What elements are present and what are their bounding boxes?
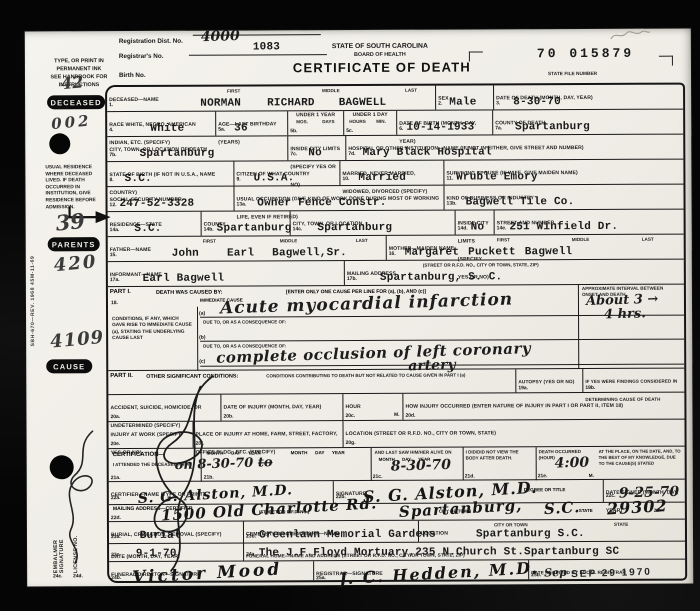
occupation-value: Owner Fence Constr. <box>257 197 386 210</box>
attended-num: 21a. <box>111 475 121 481</box>
row-ssn-occupation: SOCIAL SECURITY NUMBER 12. 247-52-3328 U… <box>107 185 683 213</box>
residence-street-value: 251 Winfield Dr. <box>509 221 618 233</box>
crop-mark-right <box>659 56 673 66</box>
field-residence-county: COUNTY 14b. Spartanburg <box>201 211 290 235</box>
field-autopsy: AUTOPSY (YES OR NO) 19a. <box>515 369 582 392</box>
field-hospital: HOSPITAL OR OTHER INSTITUTION—NAME (IF N… <box>345 135 683 160</box>
view-body-num: 21d. <box>465 473 475 479</box>
row-birth-citizen: STATE OF BIRTH (IF NOT IN U.S.A., NAME C… <box>107 160 683 188</box>
row-informant: INFORMANT—NAME 17a. Earl Bagwell MAILING… <box>108 260 684 288</box>
field-age: AGE—LAST BIRTHDAY (YEARS) 5a. 36 <box>215 111 287 135</box>
field-city-of-death: CITY, TOWN, OR LOCATION OF DEATH 7b. Spa… <box>107 136 287 161</box>
field-marital-status: MARRIED, NEVER MARRIED, WIDOWED, DIVORCE… <box>339 161 443 185</box>
field-occupation: USUAL OCCUPATION (GIVE KIND OF WORK DONE… <box>233 186 443 211</box>
registration-dist-value: 4000 <box>201 28 240 45</box>
registrars-no-value: 1083 <box>253 41 280 53</box>
residence-limits-value: No <box>471 221 485 233</box>
part1-cause-of-death: PART I. DEATH WAS CAUSED BY: [ENTER ONLY… <box>108 285 684 372</box>
field-date-of-birth: DATE OF BIRTH (MONTH, DAY, YEAR) 6. 10-1… <box>396 110 492 134</box>
field-date-received: DATE RECEIVED BY LOCAL REGISTRAR 25b. Se… <box>528 560 685 580</box>
city-of-death-value: Spartanburg <box>140 148 215 160</box>
state-heading: STATE OF SOUTH CAROLINA <box>305 43 455 51</box>
margin-signature-squiggle-2 <box>53 427 106 567</box>
row-residence: RESIDENCE—STATE 14a. S.C. COUNTY 14b. Sp… <box>108 210 684 238</box>
residence-county-value: Spartanburg <box>217 222 292 234</box>
field-hour-of-injury: HOUR 20c. M. <box>342 394 402 420</box>
attended-to-strike: to <box>258 455 273 470</box>
registration-dist-underline <box>193 34 321 36</box>
inside-city-limits-value: No <box>308 147 322 159</box>
field-under-1-day: UNDER 1 DAY HOURS MIN. 5c. <box>343 111 396 135</box>
certificate-paper: Registration Dist. No. 4000 Registrar's … <box>25 29 693 587</box>
conditions-note: CONDITIONS, IF ANY, WHICH GAVE RISE TO I… <box>112 317 192 343</box>
mother-last: Bagwell <box>525 246 573 258</box>
field-county-of-death: COUNTY OF DEATH 7a. Spartanburg <box>492 110 683 135</box>
received-hand-note: Sep <box>544 566 567 580</box>
row-race-age: RACE WHITE, NEGRO, AMERICAN INDIAN, ETC.… <box>107 110 683 138</box>
field-deceased-name: DECEASED—NAME FIRST MIDDLE LAST 1. NORMA… <box>107 86 435 111</box>
ssn-value: 247-52-3328 <box>119 198 194 210</box>
cause-tab: CAUSE <box>46 359 92 373</box>
row-parents: FATHER—NAME FIRST MIDDLE LAST 15. John E… <box>108 235 684 263</box>
parents-tab: PARENTS <box>48 237 100 251</box>
last-saw-num: 21c. <box>373 474 383 480</box>
mailing-zip-value: 29302 <box>606 496 668 518</box>
hospital-value: Mary Black Hospital <box>363 146 492 159</box>
row-place-of-death: CITY, TOWN, OR LOCATION OF DEATH 7b. Spa… <box>107 135 683 163</box>
mailing-num: 22d. <box>111 515 121 521</box>
citizen-value: U.S.A. <box>254 172 295 184</box>
last-saw-value: 8-30-70 <box>390 457 451 475</box>
view-body-label: I DID/DID NOT VIEW THE BODY AFTER DEATH. <box>466 449 532 461</box>
registrars-no-label: Registrar's No. <box>119 53 164 60</box>
margin-code-42: 42 <box>60 72 84 93</box>
deceased-middle-name: RICHARD <box>267 97 315 109</box>
informant-address-value: Spartanburg, S. C. <box>380 271 502 284</box>
state-file-number: 70 015879 <box>537 46 634 61</box>
field-race: RACE WHITE, NEGRO, AMERICAN INDIAN, ETC.… <box>107 112 215 136</box>
sex-value: Male <box>449 96 476 108</box>
death-occurred-m: M. <box>589 473 594 478</box>
field-date-of-injury: DATE OF INJURY (MONTH, DAY, YEAR) 20b. <box>220 394 342 421</box>
interval-column-divider <box>578 285 579 369</box>
funeral-home-value: The J.F.Floyd Mortuary,235 N.Church St.S… <box>259 546 620 560</box>
date-of-birth-value: 10-14-1933 <box>406 121 474 133</box>
residence-state-value: S.C. <box>134 223 161 235</box>
field-residence-state: RESIDENCE—STATE 14a. S.C. <box>108 212 201 236</box>
age-value: 36 <box>234 122 248 134</box>
field-residence-street: STREET AND NUMBER 14e. 251 Winfield Dr. <box>494 210 684 235</box>
date-header-to: MONTH DAY YEAR <box>291 450 345 455</box>
field-funeral-home: FUNERAL HOME—NAME AND ADDRESS (STREET OR… <box>243 542 685 561</box>
birth-no-label: Birth No. <box>119 72 146 79</box>
scanned-death-certificate: Registration Dist. No. 4000 Registrar's … <box>0 0 700 611</box>
mailing-state-value: S.C. <box>543 498 580 518</box>
father-middle: Earl <box>227 247 254 259</box>
row-deceased-name: DECEASED—NAME FIRST MIDDLE LAST 1. NORMA… <box>107 85 683 113</box>
crop-mark-left <box>469 51 483 61</box>
father-last: Bagwell,Sr. <box>272 247 347 259</box>
field-cemetery: CEMETERY OR CREMATORY—NAME 23b. Greenlaw… <box>243 521 418 543</box>
margin-code-39: 39 <box>55 208 86 236</box>
mailing-sub-state: STATE <box>579 508 593 513</box>
race-value: White <box>150 123 184 135</box>
sub-last: LAST <box>405 87 417 92</box>
field-ssn: SOCIAL SECURITY NUMBER 12. 247-52-3328 <box>107 187 233 212</box>
registrar-value: J. C. Hedden, M.D. <box>339 558 540 588</box>
death-occurred-num: 21e. <box>538 473 548 479</box>
field-citizen: CITIZEN OF WHAT COUNTRY 9. U.S.A. <box>233 161 339 185</box>
margin-code-420: 420 <box>53 251 98 276</box>
margin-code-002: 002 <box>50 111 92 133</box>
line-a-label: (a) <box>199 311 205 317</box>
residence-city-value: Spartanburg <box>317 222 392 234</box>
caused-by-label: DEATH WAS CAUSED BY: <box>156 289 223 295</box>
part1-label: PART I. <box>110 289 131 295</box>
field-father-name: FATHER—NAME FIRST MIDDLE LAST 15. John E… <box>108 236 386 261</box>
surviving-spouse-value: Wruble Emory <box>456 171 538 183</box>
sub-first: FIRST <box>227 88 240 93</box>
part1-num: 18. <box>111 300 118 306</box>
part2-label: PART II. <box>110 373 133 379</box>
margin-code-4109: 4109 <box>49 327 105 353</box>
field-surviving-spouse: SURVIVING SPOUSE (IF WIFE, GIVE MAIDEN N… <box>443 160 683 185</box>
field-state-of-birth: STATE OF BIRTH (IF NOT IN U.S.A., NAME C… <box>107 162 233 187</box>
field-inside-city-limits: INSIDE CITY LIMITS (SPECIFY YES OR NO) 7… <box>287 136 345 160</box>
line-c-label: (c) <box>199 359 205 365</box>
field-cemetery-location: LOCATION CITY OR TOWN STATE Spartanburg … <box>418 520 685 542</box>
field-date-of-death: DATE OF DEATH (MONTH, DAY, YEAR) 3. 8-30… <box>493 85 683 110</box>
field-informant-address: MAILING ADDRESS (STREET OR R.F.D. NO., C… <box>344 260 684 285</box>
father-first: John <box>172 248 199 260</box>
field-how-injury-occurred: HOW INJURY OCCURRED (ENTER NATURE OF INJ… <box>402 393 684 420</box>
mother-first: Margaret <box>405 247 459 259</box>
state-file-number-label: STATE FILE NUMBER <box>548 72 597 77</box>
cert-divider-3 <box>463 448 464 481</box>
field-autopsy-findings: IF YES WERE FINDINGS CONSIDERED IN DETER… <box>582 369 684 392</box>
last-saw-label: AND LAST SAW HIM/HER ALIVE ON <box>375 450 459 456</box>
cemetery-value: Greenlawn Memorial Gardens <box>259 529 436 542</box>
field-industry: KIND OF BUSINESS OR INDUSTRY 13b. Bagwel… <box>443 185 683 210</box>
due-to-label-1: DUE TO, OR AS A CONSEQUENCE OF: <box>203 319 286 325</box>
embalmer-num: 24c. <box>53 574 62 579</box>
margin-signature-squiggle <box>138 371 231 576</box>
cert-divider-4 <box>536 447 537 480</box>
date-of-death-value: 8-30-70 <box>513 96 561 108</box>
part2-note: CONDITIONS CONTRIBUTING TO DEATH BUT NOT… <box>266 372 511 379</box>
interval-value-2: 4 hrs. <box>604 306 646 322</box>
deceased-tab: DECEASED <box>47 95 105 109</box>
registration-dist-label: Registration Dist. No. <box>119 38 183 45</box>
pencil-mark <box>609 29 651 43</box>
hour-m-suffix: M. <box>394 413 399 418</box>
field-residence-limits: INSIDE CITY LIMITS (SPECIFY YES OR NO) 1… <box>455 210 494 234</box>
state-of-birth-value: S.C. <box>125 173 152 185</box>
received-date-stamp: SEP 29 1970 <box>571 567 652 580</box>
license-num: 24d. <box>73 574 83 579</box>
industry-value: Bagwell Tile Co. <box>466 196 575 208</box>
field-residence-city: CITY, TOWN, OR LOCATION 14c. Spartanburg <box>290 211 455 236</box>
cause-a-value: Acute myocardial infarction <box>220 289 514 318</box>
field-sex: SEX 2. Male <box>435 85 493 109</box>
sub-middle: MIDDLE <box>322 88 340 93</box>
field-injury-location: LOCATION (STREET OR R.F.D. NO., CITY OR … <box>342 420 684 447</box>
death-occurred-value: 4:00 <box>554 455 589 472</box>
field-registrar-signature: REGISTRAR—SIGNATURE 25a. J. C. Hedden, M… <box>313 560 528 580</box>
hole-punch-top <box>49 133 70 154</box>
county-of-death-value: Spartanburg <box>515 121 590 133</box>
cert-divider-2 <box>371 448 372 481</box>
deceased-last-name: BAGWELL <box>339 97 387 109</box>
certificate-title: CERTIFICATE OF DEATH <box>277 59 487 75</box>
line-b-label: (b) <box>199 335 205 341</box>
board-heading: BOARD OF HEALTH <box>305 52 455 59</box>
mother-middle: Puckett <box>468 246 516 258</box>
cemetery-location-value: Spartanburg S.C. <box>476 528 585 540</box>
field-under-1-year: UNDER 1 YEAR MOS. DAYS 5b. <box>287 111 343 135</box>
attest-note: AT THE PLACE, ON THE DATE, AND, TO THE B… <box>599 449 683 467</box>
deceased-first-name: NORMAN <box>200 98 241 110</box>
marital-status-value: Married <box>358 172 406 184</box>
form-code-vertical: SBH-670—REV. 1968 45M-11-69 <box>30 221 37 346</box>
field-mother-name: MOTHER—MAIDEN NAME FIRST MIDDLE LAST 16.… <box>386 235 684 260</box>
informant-value: Earl Bagwell <box>143 273 225 285</box>
field-informant: INFORMANT—NAME 17a. Earl Bagwell <box>108 261 344 286</box>
